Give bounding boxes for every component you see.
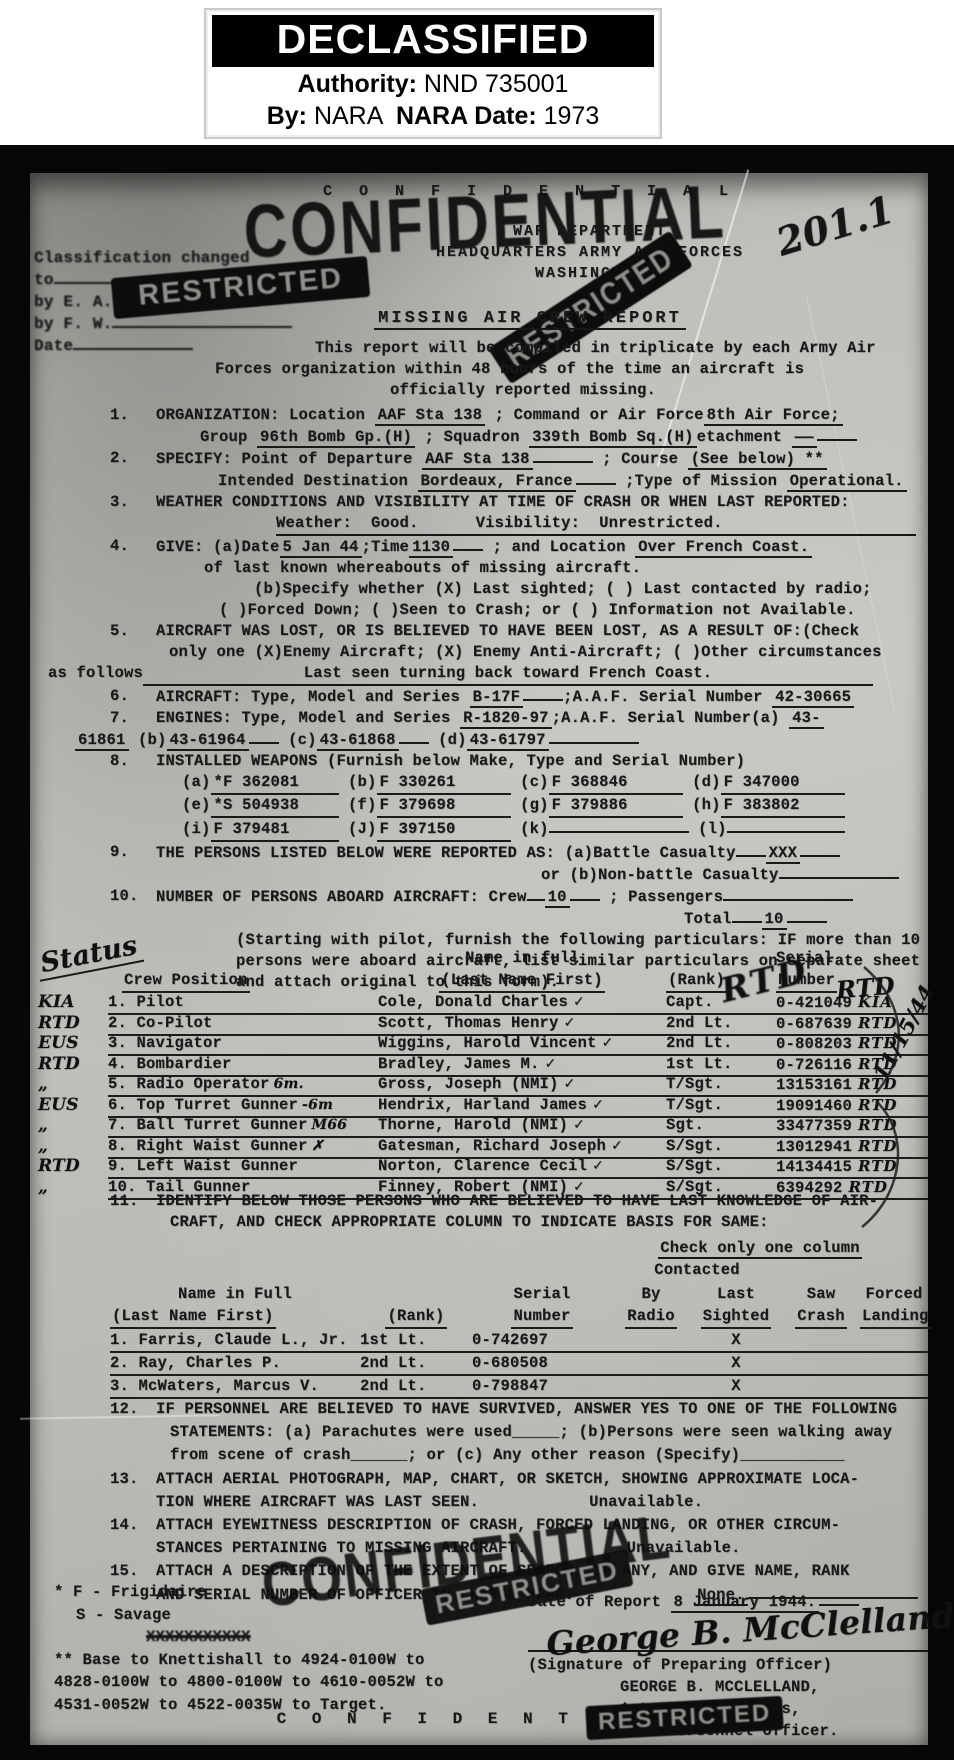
item-4-label-e: (b)Specify whether (X) Last sighted; ( )… bbox=[156, 579, 922, 600]
declassified-title: DECLASSIFIED bbox=[212, 15, 654, 67]
crew-status-annotation: RTD bbox=[858, 1116, 897, 1134]
battle-casualty-value: XXX bbox=[766, 844, 801, 864]
witness-name: 3. McWaters, Marcus V. bbox=[110, 1375, 360, 1399]
witness-header-sighted-1: Last bbox=[690, 1283, 782, 1305]
weapon-i-label: (i) bbox=[182, 820, 211, 838]
check-mark: ✓ bbox=[545, 1056, 557, 1072]
item-2-label-c: Intended Destination bbox=[218, 472, 408, 490]
aircraft-serial-value: 42-30665 bbox=[772, 688, 854, 708]
item-11-label-a: IDENTIFY BELOW THOSE PERSONS WHO ARE BEL… bbox=[156, 1191, 922, 1212]
item-6: 6. AIRCRAFT: Type, Model and Series B-17… bbox=[110, 686, 922, 708]
item-7-line-2: 61861 (b)43-61964 (c)43-61868 (d)43-6179… bbox=[75, 729, 922, 751]
item-5-number: 5. bbox=[110, 621, 156, 663]
table-row: RTD 2. Co-Pilot Scott, Thomas Henry✓ 2nd… bbox=[30, 1013, 928, 1034]
witness-header-landing-1: Forced bbox=[860, 1283, 928, 1305]
weapon-h-value: F 383802 bbox=[721, 795, 845, 818]
page: DECLASSIFIED Authority: NND 735001 By: N… bbox=[0, 0, 954, 1760]
authority-value: NND 735001 bbox=[424, 70, 569, 98]
table-row: RTD 9. Left Waist Gunner Norton, Clarenc… bbox=[30, 1156, 928, 1177]
item-12-label-b: STATEMENTS: (a) Parachutes were used____… bbox=[156, 1421, 922, 1444]
location-value: Over French Coast. bbox=[635, 538, 812, 558]
engine-label-d: (d) bbox=[438, 731, 467, 749]
item-6-label-b: ;A.A.F. Serial Number bbox=[563, 688, 763, 706]
crew-header-name-2: (Last Name First) bbox=[439, 970, 605, 993]
by-label: By: bbox=[267, 102, 307, 130]
circumstances-value: Last seen turning back toward French Coa… bbox=[301, 664, 716, 682]
footnote-frigidaire: * F - Frigidaire bbox=[54, 1581, 484, 1604]
item-7-label-b: ;A.A.F. Serial Number(a) bbox=[552, 709, 780, 727]
page-title: MISSING AIR CREW REPORT bbox=[150, 309, 910, 328]
item-13-label-b: TION WHERE AIRCRAFT WAS LAST SEEN. bbox=[156, 1493, 479, 1511]
item-5-label-b: only one (X)Enemy Aircraft; (X) Enemy An… bbox=[156, 642, 922, 663]
item-11-label-b: CRAFT, AND CHECK APPROPRIATE COLUMN TO I… bbox=[156, 1212, 922, 1233]
weapon-g-value: F 379886 bbox=[549, 795, 683, 818]
item-4-label-a: GIVE: (a)Date bbox=[156, 538, 280, 556]
table-row: EUS 3. Navigator Wiggins, Harold Vincent… bbox=[30, 1033, 928, 1054]
check-mark: ✓ bbox=[592, 1097, 604, 1113]
witness-last-sighted: X bbox=[690, 1329, 782, 1353]
item-3: 3. WEATHER CONDITIONS AND VISIBILITY AT … bbox=[110, 492, 922, 536]
witness-forced-landing bbox=[860, 1375, 928, 1399]
visibility-label: Visibility: bbox=[476, 514, 581, 532]
witness-serial: 0-680508 bbox=[472, 1352, 612, 1376]
item-10-label-a: NUMBER OF PERSONS ABOARD AIRCRAFT: Crew bbox=[156, 888, 527, 906]
group-value: 96th Bomb Gp.(H) bbox=[257, 428, 415, 448]
item-2-label-d: ;Type of Mission bbox=[625, 472, 777, 490]
witness-by-radio bbox=[612, 1329, 690, 1353]
witness-serial: 0-742697 bbox=[472, 1329, 612, 1353]
date-value: 5 Jan 44 bbox=[280, 538, 362, 558]
item-4-label-d: of last known whereabouts of missing air… bbox=[156, 558, 922, 579]
signature-handwritten: George B. McClelland bbox=[546, 1605, 954, 1655]
item-1-label-d: ; Squadron bbox=[425, 428, 520, 446]
item-2-number: 2. bbox=[110, 448, 156, 492]
air-force-value: 8th Air Force; bbox=[704, 406, 843, 426]
declassified-by: By: NARA NARA Date: 1973 bbox=[212, 102, 654, 131]
table-row: 3. McWaters, Marcus V. 2nd Lt. 0-798847 … bbox=[110, 1375, 928, 1398]
aircraft-model-value: B-17F bbox=[470, 688, 524, 708]
mission-type-value: Operational. bbox=[787, 472, 907, 492]
witness-rank: 1st Lt. bbox=[360, 1329, 472, 1353]
weapon-e-value: *S 504938 bbox=[211, 795, 339, 818]
crew-count-value: 10 bbox=[545, 888, 570, 908]
item-9-label-a: THE PERSONS LISTED BELOW WERE REPORTED A… bbox=[156, 844, 736, 862]
weather-label: Weather: bbox=[276, 514, 352, 532]
weapon-a-value: *F 362081 bbox=[211, 772, 339, 795]
item-13-number: 13. bbox=[110, 1468, 156, 1514]
weapon-d-label: (d) bbox=[692, 773, 721, 791]
item-12-label-a: IF PERSONNEL ARE BELIEVED TO HAVE SURVIV… bbox=[156, 1398, 922, 1421]
witness-header-row-2: (Last Name First) (Rank) Number Radio Si… bbox=[110, 1305, 928, 1329]
witness-by-radio bbox=[612, 1352, 690, 1376]
weapon-a-label: (a) bbox=[182, 773, 211, 791]
witness-header-name-1: Name in Full bbox=[110, 1283, 360, 1305]
item-8-number: 8. bbox=[110, 751, 156, 842]
intro-line-3: officially reported missing. bbox=[390, 381, 656, 399]
check-mark: ✓ bbox=[564, 1015, 576, 1031]
footnote-savage: S - Savage bbox=[54, 1604, 484, 1627]
item-5-followup: as followsLast seen turning back toward … bbox=[48, 663, 922, 686]
form-items-1-10: 1. ORGANIZATION: Location AAF Sta 138 ; … bbox=[110, 405, 922, 993]
declassified-banner: DECLASSIFIED Authority: NND 735001 By: N… bbox=[204, 8, 662, 139]
item-5-label-a: AIRCRAFT WAS LOST, OR IS BELIEVED TO HAV… bbox=[156, 621, 922, 642]
typed-classification-bottom: C O N F I D E N T I A L bbox=[30, 1710, 928, 1728]
weapon-f-value: F 379698 bbox=[377, 795, 511, 818]
crew-status: „ bbox=[30, 1177, 108, 1200]
item-12-label-c: from scene of crash______; or (c) Any ot… bbox=[156, 1444, 922, 1467]
table-row: KIA 1. Pilot Cole, Donald Charles✓ Capt.… bbox=[30, 992, 928, 1013]
item-9-label-b: or (b)Non-battle Casualty bbox=[541, 866, 779, 884]
document-photo: C O N F I D E N T I A L CONFIDENTIAL WAR… bbox=[0, 145, 954, 1760]
table-row: RTD 4. Bombardier Bradley, James M.✓ 1st… bbox=[30, 1054, 928, 1075]
item-4: 4. GIVE: (a)Date5 Jan 44;Time1130 ; and … bbox=[110, 536, 922, 621]
weapon-h-label: (h) bbox=[692, 796, 721, 814]
crew-status-annotation: RTD bbox=[858, 1157, 897, 1175]
witness-last-sighted: X bbox=[690, 1352, 782, 1376]
date-of-report-label: Date of Report bbox=[528, 1593, 661, 1611]
witness-header-serial-1: Serial bbox=[472, 1283, 612, 1305]
officer-name: GEORGE B. MCCLELLAND, bbox=[620, 1676, 928, 1698]
destination-value: Bordeaux, France bbox=[418, 472, 576, 492]
weapon-j-value: F 397150 bbox=[377, 819, 511, 842]
witness-saw-crash bbox=[782, 1375, 860, 1399]
item-13-line-2: TION WHERE AIRCRAFT WAS LAST SEEN.Unavai… bbox=[156, 1491, 922, 1514]
item-5: 5. AIRCRAFT WAS LOST, OR IS BELIEVED TO … bbox=[110, 621, 922, 663]
witness-header-row-1: Name in Full Serial By Last Saw Forced bbox=[110, 1283, 928, 1305]
nara-date-label: NARA Date: bbox=[396, 102, 537, 130]
weapon-c-value: F 368846 bbox=[549, 772, 683, 795]
item-12: 12. IF PERSONNEL ARE BELIEVED TO HAVE SU… bbox=[110, 1398, 922, 1468]
document-paper: C O N F I D E N T I A L CONFIDENTIAL WAR… bbox=[30, 173, 928, 1745]
item-1-label-c: Group bbox=[200, 428, 248, 446]
item-9: 9. THE PERSONS LISTED BELOW WERE REPORTE… bbox=[110, 842, 922, 886]
item-1-label-a: ORGANIZATION: Location bbox=[156, 406, 365, 424]
witness-rank: 2nd Lt. bbox=[360, 1352, 472, 1376]
item-7-number: 7. bbox=[110, 708, 156, 729]
item-6-label-a: AIRCRAFT: Type, Model and Series bbox=[156, 688, 460, 706]
course-value: (See below) ** bbox=[688, 450, 827, 470]
weapon-e-label: (e) bbox=[182, 796, 211, 814]
engine-serial-c: 43-61868 bbox=[317, 731, 399, 751]
squadron-value: 339th Bomb Sq.(H) bbox=[529, 428, 697, 448]
visibility-value: Unrestricted. bbox=[599, 514, 723, 532]
intro-line-1: This report will be compiled in triplica… bbox=[315, 339, 876, 357]
crew-header-name-1: Name in full bbox=[378, 948, 666, 970]
table-row: EUS 6. Top Turret Gunner-6m Hendrix, Har… bbox=[30, 1095, 928, 1116]
table-row: 2. Ray, Charles P. 2nd Lt. 0-680508 X bbox=[110, 1352, 928, 1375]
item-4-label-f: ( )Forced Down; ( )Seen to Crash; or ( )… bbox=[156, 600, 922, 621]
departure-value: AAF Sta 138 bbox=[422, 450, 533, 470]
nara-date-value: 1973 bbox=[544, 102, 600, 130]
check-mark: ✓ bbox=[602, 1035, 614, 1051]
witness-forced-landing bbox=[860, 1329, 928, 1353]
margin-rtd-scribble: RTD bbox=[835, 970, 896, 1004]
weapon-b-value: F 330261 bbox=[377, 772, 511, 795]
witness-header-rank: (Rank) bbox=[385, 1305, 446, 1329]
witness-forced-landing bbox=[860, 1352, 928, 1376]
crew-status-annotation: RTD bbox=[858, 1096, 897, 1114]
weapon-k-label: (k) bbox=[520, 820, 549, 838]
weapon-i-value: F 379481 bbox=[211, 819, 339, 842]
item-10-label-b: ; Passengers bbox=[609, 888, 723, 906]
route-line-1: ** Base to Knettishall to 4924-0100W to bbox=[54, 1649, 484, 1672]
witness-rank: 2nd Lt. bbox=[360, 1375, 472, 1399]
witness-name: 2. Ray, Charles P. bbox=[110, 1352, 360, 1376]
item-1-number: 1. bbox=[110, 405, 156, 448]
item-2: 2. SPECIFY: Point of Departure AAF Sta 1… bbox=[110, 448, 922, 492]
by-value: NARA bbox=[314, 102, 382, 130]
as-follows-label: as follows bbox=[48, 664, 143, 682]
table-row: „ 8. Right Waist Gunner✗ Gatesman, Richa… bbox=[30, 1136, 928, 1157]
item-7-label-a: ENGINES: Type, Model and Series bbox=[156, 709, 451, 727]
weapon-f-label: (f) bbox=[348, 796, 377, 814]
witness-saw-crash bbox=[782, 1329, 860, 1353]
engine-serial-a2: 61861 bbox=[75, 731, 129, 751]
declassified-authority: Authority: NND 735001 bbox=[212, 70, 654, 99]
check-mark: ✓ bbox=[592, 1158, 604, 1174]
item-4-label-b: ;Time bbox=[362, 538, 410, 556]
witness-table: Name in Full Serial By Last Saw Forced (… bbox=[110, 1283, 928, 1398]
weapon-d-value: F 347000 bbox=[721, 772, 845, 795]
check-mark: ✓ bbox=[611, 1138, 623, 1154]
total-label: Total bbox=[684, 910, 732, 928]
item-2-label-b: ; Course bbox=[602, 450, 678, 468]
engine-serial-b: 43-61964 bbox=[167, 731, 249, 751]
item-13-label-a: ATTACH AERIAL PHOTOGRAPH, MAP, CHART, OR… bbox=[156, 1468, 922, 1491]
item-8: 8. INSTALLED WEAPONS (Furnish below Make… bbox=[110, 751, 922, 842]
weapon-j-label: (J) bbox=[348, 820, 377, 838]
item-8-label-a: INSTALLED WEAPONS (Furnish below Make, T… bbox=[156, 751, 922, 772]
item-1-label-b: ; Command or Air Force bbox=[495, 406, 704, 424]
witness-header-radio-1: By bbox=[612, 1283, 690, 1305]
item-4-number: 4. bbox=[110, 536, 156, 621]
weapon-g-label: (g) bbox=[520, 796, 549, 814]
crew-status-annotation: RTD bbox=[858, 1137, 897, 1155]
crossed-out-text: XXXXXXXXXXX bbox=[146, 1626, 251, 1649]
witness-header-landing-2: Landing bbox=[860, 1305, 931, 1329]
engine-serial-a1: 43- bbox=[789, 709, 824, 729]
table-row: 1. Farris, Claude L., Jr. 1st Lt. 0-7426… bbox=[110, 1329, 928, 1352]
contacted-label: Contacted bbox=[612, 1261, 782, 1279]
engine-serial-d: 43-61797 bbox=[467, 731, 549, 751]
table-row: „ 7. Ball Turret GunnerM66 Thorne, Harol… bbox=[30, 1115, 928, 1136]
organization-location-value: AAF Sta 138 bbox=[375, 406, 486, 426]
witness-by-radio bbox=[612, 1375, 690, 1399]
item-1-label-e: etachment bbox=[697, 428, 783, 446]
witness-header-radio-2: Radio bbox=[625, 1305, 677, 1329]
table-row: „ 5. Radio Operator6m. Gross, Joseph (NM… bbox=[30, 1074, 928, 1095]
check-mark: ✓ bbox=[573, 1117, 585, 1133]
item-13: 13. ATTACH AERIAL PHOTOGRAPH, MAP, CHART… bbox=[110, 1468, 922, 1514]
footnotes: * F - Frigidaire S - Savage XXXXXXXXXXX … bbox=[54, 1581, 484, 1716]
weapon-b-label: (b) bbox=[348, 773, 377, 791]
item-2-label-a: SPECIFY: Point of Departure bbox=[156, 450, 413, 468]
check-mark: ✓ bbox=[573, 994, 585, 1010]
witness-header-crash-1: Saw bbox=[782, 1283, 860, 1305]
witness-header-serial-2: Number bbox=[511, 1305, 572, 1329]
route-line-2: 4828-0100W to 4800-0100W to 4610-0052W t… bbox=[54, 1671, 484, 1694]
time-value: 1130 bbox=[409, 538, 453, 558]
crew-header-position: Crew Position bbox=[122, 970, 250, 993]
item-6-number: 6. bbox=[110, 686, 156, 708]
item-12-number: 12. bbox=[110, 1398, 156, 1468]
form-item-11: 11. IDENTIFY BELOW THOSE PERSONS WHO ARE… bbox=[110, 1191, 922, 1233]
total-count-value: 10 bbox=[762, 910, 787, 930]
intro-line-2: Forces organization within 48 hours of t… bbox=[215, 360, 804, 378]
witness-header-name-2: (Last Name First) bbox=[110, 1305, 276, 1329]
witness-saw-crash bbox=[782, 1352, 860, 1376]
witness-name: 1. Farris, Claude L., Jr. bbox=[110, 1329, 360, 1353]
authority-label: Authority: bbox=[298, 70, 417, 98]
check-mark: ✓ bbox=[564, 1076, 576, 1092]
check-one-column-note: Check only one column bbox=[630, 1239, 890, 1257]
witness-last-sighted: X bbox=[690, 1375, 782, 1399]
item-9-number: 9. bbox=[110, 842, 156, 886]
engine-label-c: (c) bbox=[288, 731, 317, 749]
item-11-number: 11. bbox=[110, 1191, 156, 1233]
engine-model-value: R-1820-97 bbox=[460, 709, 552, 729]
item-14-number: 14. bbox=[110, 1514, 156, 1560]
item-4-label-c: ; and Location bbox=[493, 538, 626, 556]
witness-serial: 0-798847 bbox=[472, 1375, 612, 1399]
engine-label-b: (b) bbox=[138, 731, 167, 749]
detachment-value: —— bbox=[792, 428, 817, 448]
item-3-number: 3. bbox=[110, 492, 156, 536]
witness-header-sighted-2: Sighted bbox=[701, 1305, 772, 1329]
witness-header-crash-2: Crash bbox=[795, 1305, 847, 1329]
item-7: 7. ENGINES: Type, Model and Series R-182… bbox=[110, 708, 922, 729]
weather-value: Good. bbox=[371, 514, 419, 532]
weapon-c-label: (c) bbox=[520, 773, 549, 791]
weapon-l-label: (l) bbox=[698, 820, 727, 838]
item-3-label-a: WEATHER CONDITIONS AND VISIBILITY AT TIM… bbox=[156, 492, 922, 513]
item-1: 1. ORGANIZATION: Location AAF Sta 138 ; … bbox=[110, 405, 922, 448]
